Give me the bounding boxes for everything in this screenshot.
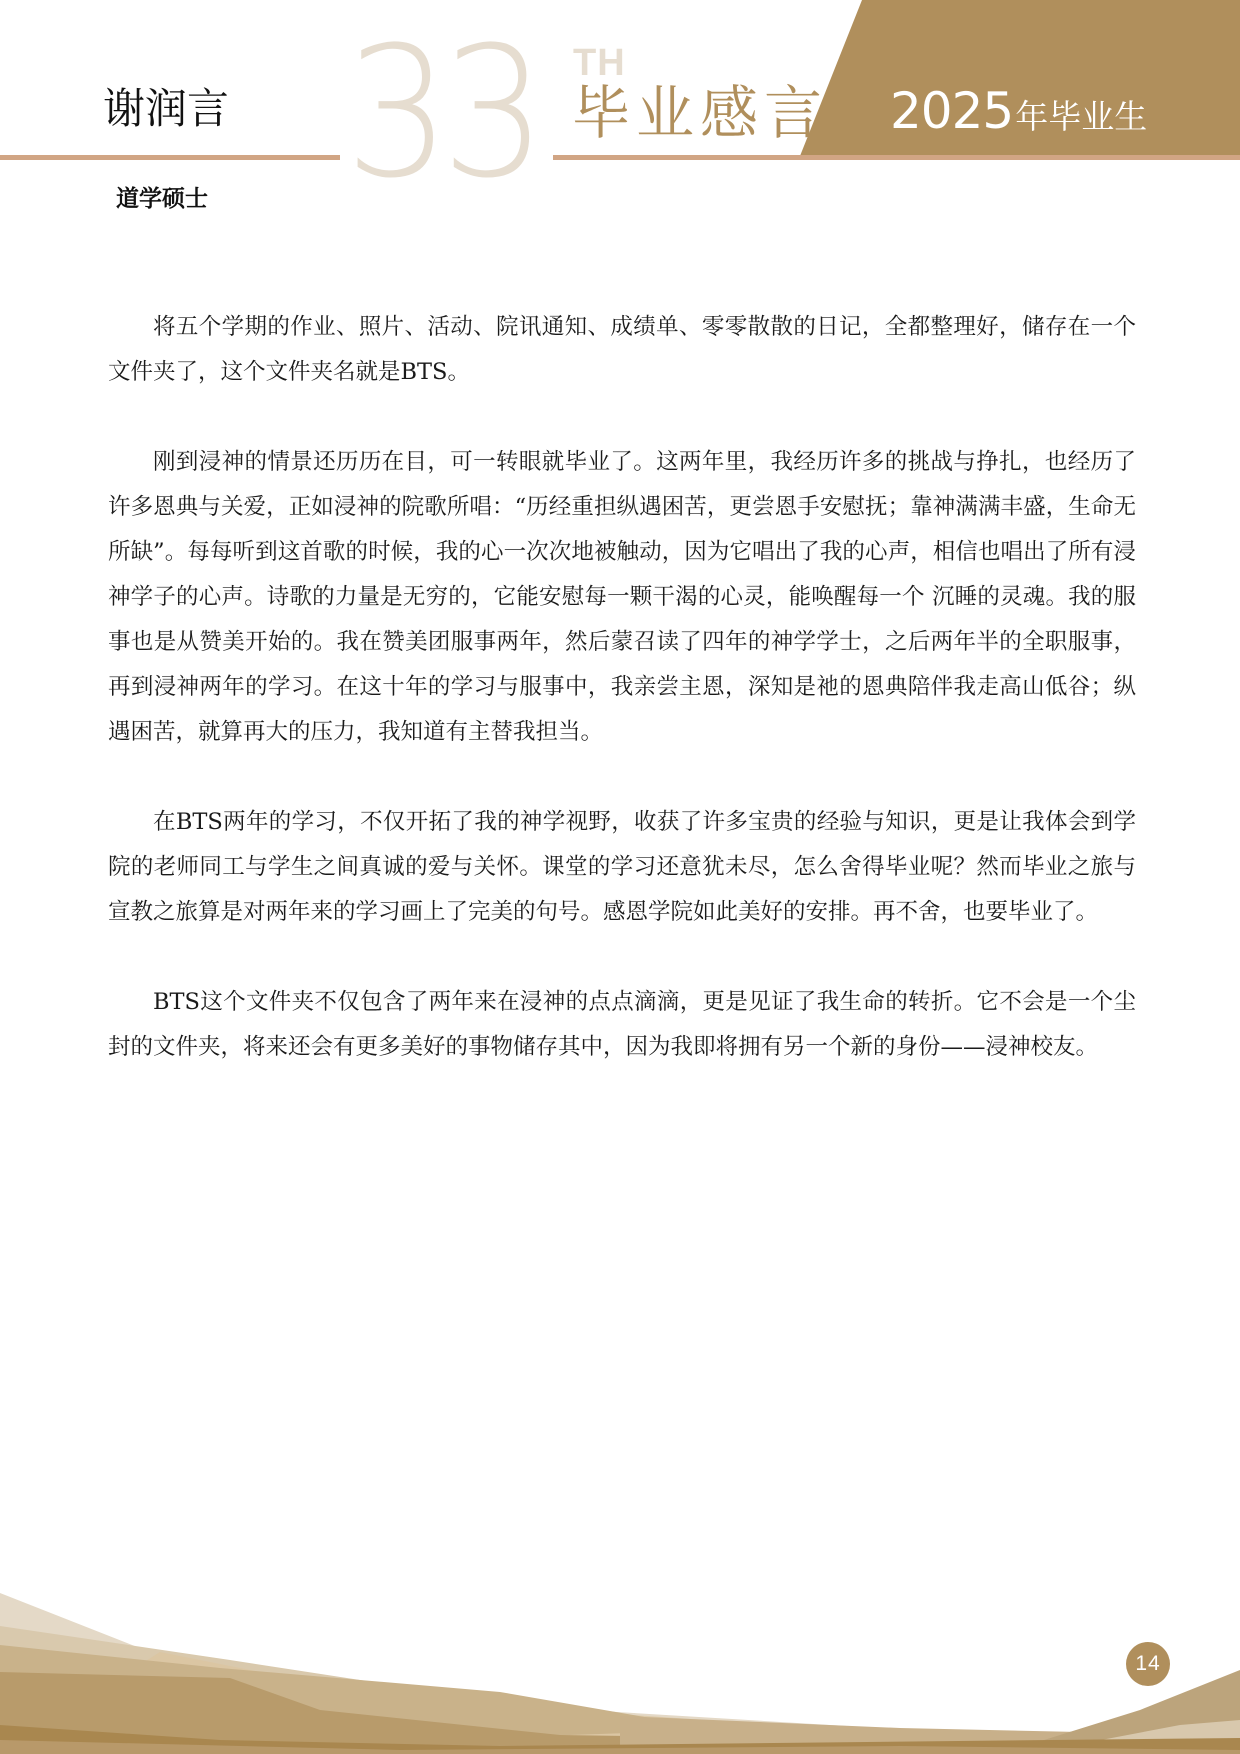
paragraph: 在BTS两年的学习，不仅开拓了我的神学视野，收获了许多宝贵的经验与知识，更是让我… bbox=[108, 800, 1136, 935]
edition-number: 33 bbox=[345, 24, 537, 204]
header-rule-right bbox=[553, 155, 1240, 160]
paragraph: 刚到浸神的情景还历历在目，可一转眼就毕业了。这两年里，我经历许多的挑战与挣扎，也… bbox=[108, 440, 1136, 755]
edition-suffix: TH bbox=[573, 44, 626, 82]
page-title: 毕业感言 bbox=[572, 84, 828, 142]
paragraph: BTS这个文件夹不仅包含了两年来在浸神的点点滴滴，更是见证了我生命的转折。它不会… bbox=[108, 980, 1136, 1070]
author-degree: 道学硕士 bbox=[116, 188, 208, 211]
author-name: 谢润言 bbox=[103, 88, 229, 130]
graduation-year-label: 2025年毕业生 bbox=[890, 86, 1147, 136]
header-rule-left bbox=[0, 155, 340, 160]
year-suffix: 年毕业生 bbox=[1015, 97, 1147, 136]
article-body: 将五个学期的作业、照片、活动、院讯通知、成绩单、零零散散的日记，全都整理好，储存… bbox=[108, 305, 1136, 1115]
paragraph: 将五个学期的作业、照片、活动、院讯通知、成绩单、零零散散的日记，全都整理好，储存… bbox=[108, 305, 1136, 395]
footer-wave-decoration bbox=[0, 1560, 1240, 1754]
page-number-badge: 14 bbox=[1126, 1642, 1170, 1686]
year-number: 2025 bbox=[890, 82, 1013, 140]
